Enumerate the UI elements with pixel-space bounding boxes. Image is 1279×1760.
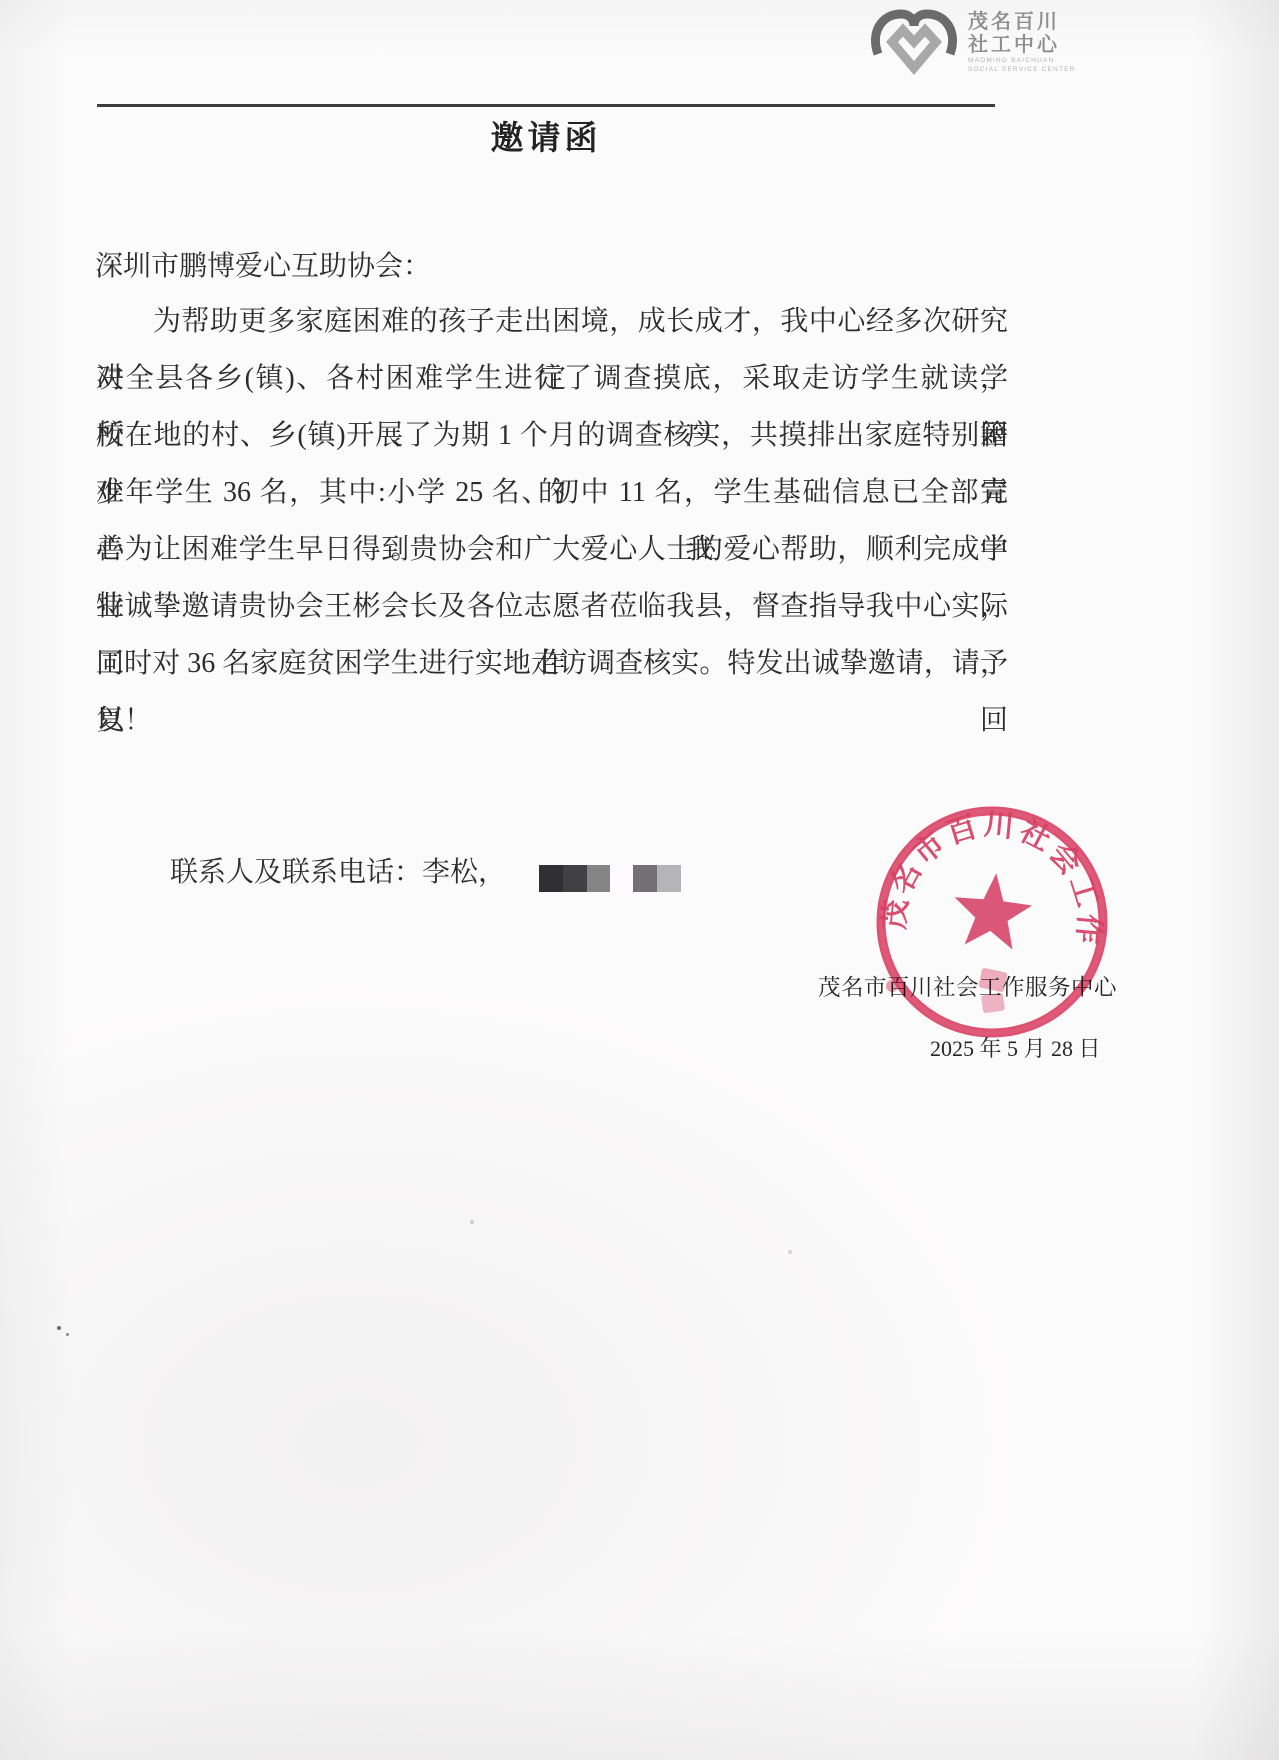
redaction-block [657, 865, 681, 892]
logo-cn-line1: 茂名百川 [968, 12, 1076, 32]
star-icon [950, 869, 1035, 951]
logo-cn-line2: 社工中心 [968, 35, 1076, 55]
contact-line: 联系人及联系电话：李松， [170, 850, 506, 890]
body-line: 少年学生 36 名，其中:小学 25 名、初中 11 名，学生基础信息已全部完善… [96, 464, 1008, 521]
body-line: 所在地的村、乡(镇)开展了为期 1 个月的调查核实，共摸排出家庭特别困难的青 [96, 407, 1008, 464]
official-seal: 茂名市百川社会工作服务中心 [868, 798, 1116, 1046]
redaction-block [587, 865, 610, 892]
redacted-phone-blocks [539, 865, 681, 892]
seal-smudge [981, 993, 1005, 1014]
org-logo-text: 茂名百川 社工中心 MAOMING BAICHUAN SOCIAL SERVIC… [968, 6, 1076, 73]
heart-chevron-logo-icon [868, 6, 960, 82]
body-line: 心为让困难学生早日得到贵协会和广大爱心人士的爱心帮助，顺利完成学业， [96, 521, 1008, 578]
org-logo: 茂名百川 社工中心 MAOMING BAICHUAN SOCIAL SERVIC… [868, 6, 1068, 84]
logo-en-line1: MAOMING BAICHUAN [968, 58, 1076, 65]
logo-en-line2: SOCIAL SERVICE CENTER [968, 67, 1076, 74]
redaction-block [633, 865, 657, 892]
scanned-letter-page: 茂名百川 社工中心 MAOMING BAICHUAN SOCIAL SERVIC… [0, 0, 1279, 1760]
header-rule [97, 104, 995, 107]
document-title: 邀请函 [96, 112, 996, 159]
scan-speck [788, 1250, 792, 1254]
scan-speck [470, 1220, 474, 1224]
seal-smudge [978, 968, 1008, 993]
redaction-block [539, 865, 563, 892]
body-line: 同时对 36 名家庭贫困学生进行实地走访调查核实。特发出诚挚邀请，请予以回 [96, 635, 1008, 692]
scan-speck [57, 1326, 61, 1330]
body-line: 对全县各乡(镇)、各村困难学生进行了调查摸底，采取走访学生就读学校、户籍 [96, 350, 1008, 407]
body-line: 特诚挚邀请贵协会王彬会长及各位志愿者莅临我县，督查指导我中心实际工作， [96, 578, 1008, 635]
letter-body: 为帮助更多家庭困难的孩子走出困境，成长成才，我中心经多次研究决定， 对全县各乡(… [96, 293, 1008, 749]
salutation: 深圳市鹏博爱心互助协会： [95, 244, 431, 284]
redaction-block [563, 865, 587, 892]
body-line: 为帮助更多家庭困难的孩子走出困境，成长成才，我中心经多次研究决定， [96, 293, 1008, 350]
scan-speck [66, 1333, 69, 1336]
redaction-block [610, 865, 633, 892]
